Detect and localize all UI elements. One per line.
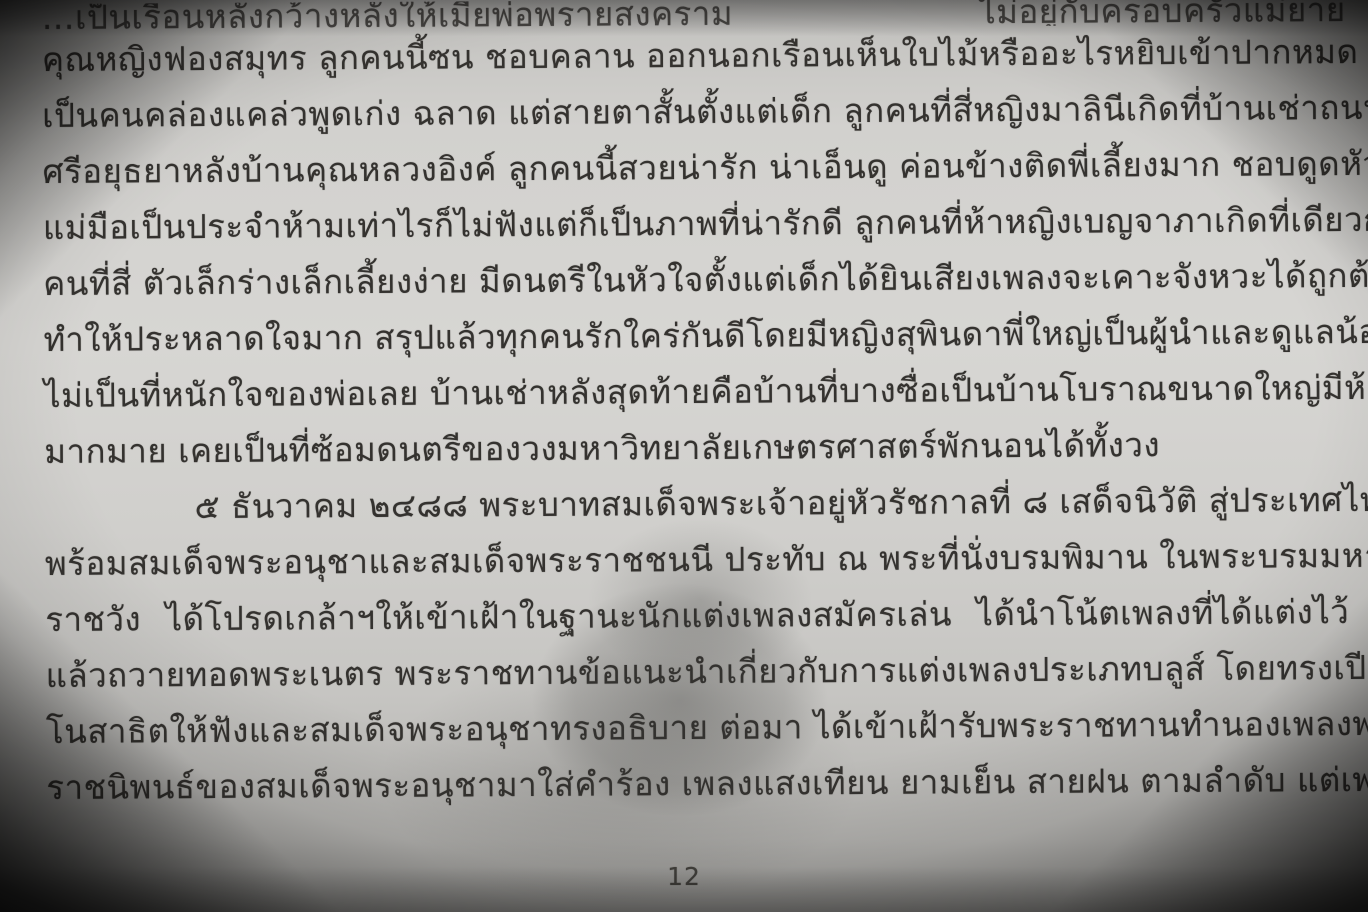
body-line: คุณหญิงฟองสมุทร ลูกคนนี้ซน ชอบคลาน ออกนอ… — [42, 24, 1346, 88]
body-line: ราชนิพนธ์ของสมเด็จพระอนุชามาใส่คำร้อง เพ… — [46, 752, 1350, 816]
body-line: ไม่เป็นที่หนักใจของพ่อเลย บ้านเช่าหลังสุ… — [44, 360, 1348, 424]
photographed-book-page: …เป็นเรือนหลังกว้างหลังให้เมียพ่อพรายสงค… — [0, 0, 1368, 912]
body-line: แม่มือเป็นประจำห้ามเท่าไรก็ไม่ฟังแต่ก็เป… — [43, 192, 1347, 256]
body-line: คนที่สี่ ตัวเล็กร่างเล็กเลี้ยงง่าย มีดนต… — [43, 248, 1347, 312]
body-line: เป็นคนคล่องแคล่วพูดเก่ง ฉลาด แต่สายตาสั้… — [42, 80, 1346, 144]
page-text-block: …เป็นเรือนหลังกว้างหลังให้เมียพ่อพรายสงค… — [42, 0, 1351, 816]
body-line: มากมาย เคยเป็นที่ซ้อมดนตรีของวงมหาวิทยาล… — [44, 416, 1348, 480]
body-line: ศรีอยุธยาหลังบ้านคุณหลวงอิงค์ ลูกคนนี้สว… — [42, 136, 1346, 200]
body-line: ราชวัง ได้โปรดเกล้าฯให้เข้าเฝ้าในฐานะนัก… — [45, 584, 1349, 648]
page-number: 12 — [0, 862, 1368, 891]
body-line: พร้อมสมเด็จพระอนุชาและสมเด็จพระราชชนนี ป… — [45, 528, 1349, 592]
body-line: โนสาธิตให้ฟังและสมเด็จพระอนุชาทรงอธิบาย … — [46, 696, 1350, 760]
body-line: ๕ ธันวาคม ๒๔๘๘ พระบาทสมเด็จพระเจ้าอยู่หั… — [44, 472, 1348, 536]
body-line: ทำให้ประหลาดใจมาก สรุปแล้วทุกคนรักใคร่กั… — [43, 304, 1347, 368]
body-line: แล้วถวายทอดพระเนตร พระราชทานข้อแนะนำเกี่… — [45, 640, 1349, 704]
